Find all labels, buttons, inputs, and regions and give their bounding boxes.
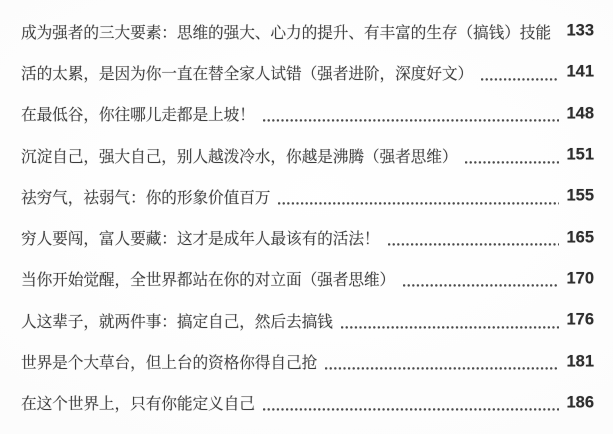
- toc-entry-title: 当你开始觉醒，全世界都站在你的对立面（强者思维）: [21, 268, 395, 290]
- toc-page-number: 155: [566, 187, 594, 206]
- toc-entry-title: 穷人要闯，富人要藏：这才是成年人最该有的活法！: [21, 227, 380, 249]
- toc-entry: 人这辈子，就两件事：搞定自己，然后去搞钱 176: [21, 300, 594, 341]
- toc-entry: 祛穷气，祛弱气：你的形象价值百万 155: [21, 176, 594, 217]
- toc-dot-leader: [403, 271, 559, 287]
- toc-entry-title: 沉淀自己，强大自己，别人越泼冷水，你越是沸腾（强者思维）: [21, 145, 457, 167]
- toc-entry: 在这个世界上，只有你能定义自己 186: [21, 383, 594, 424]
- toc-page-number: 170: [566, 269, 594, 288]
- toc-dot-leader: [552, 24, 565, 40]
- toc-page-number: 141: [566, 63, 594, 82]
- toc-dot-leader: [388, 230, 560, 246]
- toc-entry-title: 在最低谷，你往哪儿走都是上坡！: [21, 103, 255, 125]
- toc-dot-leader: [278, 189, 559, 205]
- toc-page-number: 151: [566, 146, 594, 165]
- toc-entry-title: 世界是个大草台，但上台的资格你得自己抢: [21, 351, 317, 373]
- toc-entry-title: 成为强者的三大要素：思维的强大、心力的提升、有丰富的生存（搞钱）技能: [21, 21, 551, 43]
- toc-page-number: 133: [566, 22, 594, 41]
- toc-entry: 世界是个大草台，但上台的资格你得自己抢 181: [21, 341, 594, 382]
- toc-dot-leader: [481, 65, 559, 81]
- toc-dot-leader: [263, 106, 560, 122]
- toc-dot-leader: [325, 354, 559, 370]
- toc-entry: 沉淀自己，强大自己，别人越泼冷水，你越是沸腾（强者思维） 151: [21, 135, 594, 176]
- toc-page: 成为强者的三大要素：思维的强大、心力的提升、有丰富的生存（搞钱）技能 133 活…: [0, 0, 613, 424]
- toc-page-number: 186: [566, 393, 594, 412]
- toc-dot-leader: [465, 148, 559, 164]
- toc-entry-title: 活的太累，是因为你一直在替全家人试错（强者进阶，深度好文）: [21, 62, 473, 84]
- toc-entry: 在最低谷，你往哪儿走都是上坡！ 148: [21, 94, 594, 135]
- toc-page-number: 176: [566, 311, 594, 330]
- toc-page-number: 165: [566, 228, 594, 247]
- toc-page-number: 181: [566, 352, 594, 371]
- toc-entry: 穷人要闯，富人要藏：这才是成年人最该有的活法！ 165: [21, 217, 594, 258]
- toc-page-number: 148: [566, 104, 594, 123]
- toc-dot-leader: [263, 395, 560, 411]
- toc-entry-title: 祛穷气，祛弱气：你的形象价值百万: [21, 186, 270, 208]
- toc-entry-title: 在这个世界上，只有你能定义自己: [21, 392, 255, 414]
- toc-entry: 活的太累，是因为你一直在替全家人试错（强者进阶，深度好文） 141: [21, 52, 594, 93]
- toc-entry: 当你开始觉醒，全世界都站在你的对立面（强者思维） 170: [21, 259, 594, 300]
- toc-dot-leader: [341, 313, 560, 329]
- toc-entry-title: 人这辈子，就两件事：搞定自己，然后去搞钱: [21, 310, 333, 332]
- toc-entry: 成为强者的三大要素：思维的强大、心力的提升、有丰富的生存（搞钱）技能 133: [21, 11, 594, 52]
